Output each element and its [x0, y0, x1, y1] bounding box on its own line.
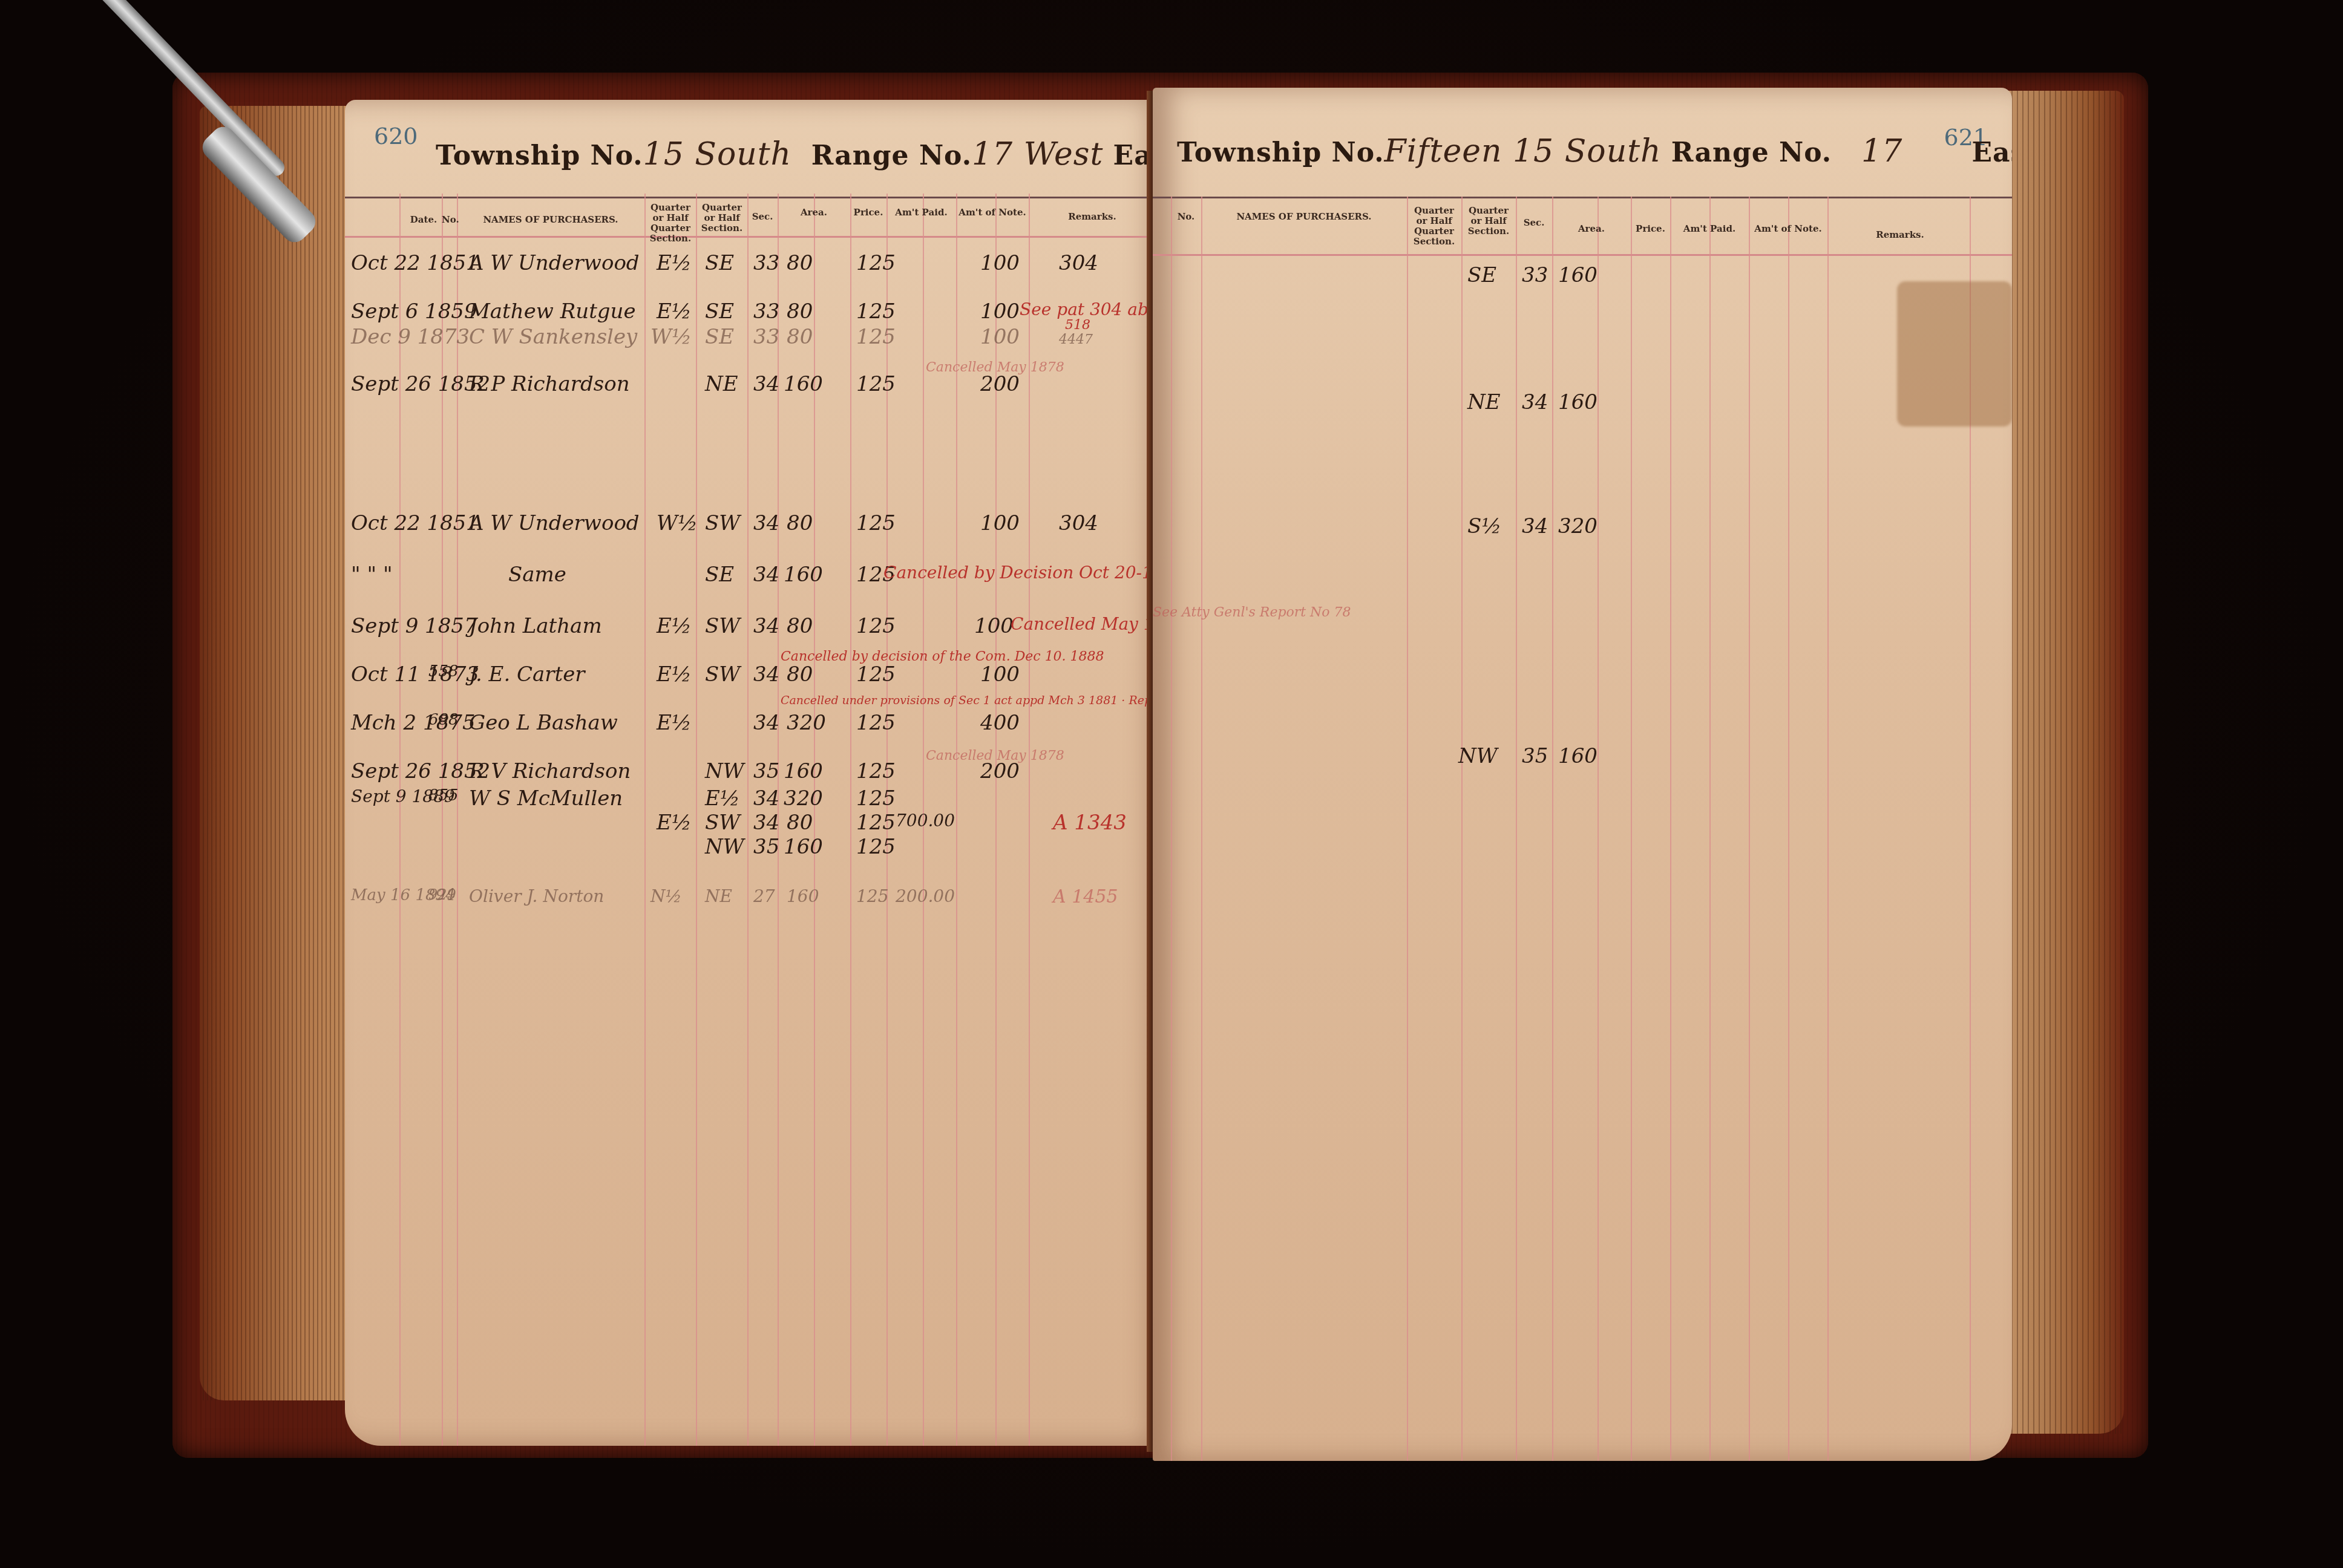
ledger-cell: See pat 304 above — [1020, 299, 1168, 319]
ledger-cell: 688 — [428, 711, 459, 729]
ledger-cell: Cancelled under provisions of Sec 1 act … — [781, 694, 1168, 707]
page-title: Township No.15 South Range No.17 West Ea… — [436, 136, 1168, 172]
ledger-row: Oct 22 1851 A W Underwood E½ SE 33 80 12… — [345, 251, 1168, 287]
ledger-cell: 320 — [1558, 514, 1597, 538]
ledger-cell: 34 — [753, 511, 779, 535]
ledger-cell: 400 — [980, 711, 1020, 735]
page-title: Township No.Fifteen 15 South Range No. 1… — [1177, 133, 2012, 169]
ledger-cell: 34 — [753, 563, 779, 587]
ledger-cell: 125 — [856, 759, 896, 783]
ledger-cell: 33 — [753, 299, 779, 324]
ledger-cell: Cancelled by decision of the Com. Dec 10… — [781, 649, 1104, 664]
ledger-cell: C W Sankensley — [469, 325, 637, 349]
ledger-cell: NE — [705, 372, 738, 396]
ledger-cell: E½ — [657, 251, 692, 275]
ledger-cell: 34 — [753, 711, 779, 735]
ledger-cell: Same — [508, 563, 566, 587]
col-remarks: Remarks. — [1035, 212, 1150, 222]
ledger-cell: 125 — [856, 711, 896, 735]
col-remarks: Remarks. — [1830, 230, 1970, 240]
ledger-cell: 200 — [980, 372, 1020, 396]
column-rule — [1827, 197, 1829, 1461]
range-value: 17 West — [972, 136, 1103, 172]
col-names: NAMES OF PURCHASERS. — [1207, 212, 1401, 222]
ledger-cell: 33 — [753, 325, 779, 349]
ledger-cell: SE — [705, 563, 734, 587]
ledger-cell: John Latham — [469, 614, 602, 638]
ledger-cell: 100 — [980, 251, 1020, 275]
col-amt-note: Am't of Note. — [956, 207, 1029, 218]
township-label: Township No. — [1177, 137, 1384, 168]
ledger-cell: E½ — [657, 614, 692, 638]
ledger-cell: 33 — [753, 251, 779, 275]
ledger-cell: 100 — [980, 662, 1020, 687]
left-page: 620 Township No.15 South Range No.17 Wes… — [345, 100, 1168, 1446]
township-label: Township No. — [436, 140, 643, 171]
ledger-cell: A W Underwood — [469, 251, 640, 275]
ledger-cell: 304 — [1059, 511, 1098, 535]
ledger-cell: SE — [705, 325, 734, 349]
ledger-row: Mch 2 1875 688 Geo L Bashaw E½ 34 320 12… — [345, 711, 1168, 747]
ledger-cell: 34 — [1522, 390, 1548, 414]
range-value: 17 — [1861, 133, 1902, 169]
col-qhq: Quarter or Half Quarter Section. — [646, 203, 695, 244]
ledger-row: Sept 26 1852 R P Richardson NE 34 160 12… — [345, 372, 1168, 408]
ledger-cell: 35 — [753, 759, 779, 783]
column-rule — [1552, 197, 1553, 1461]
ledger-cell: 34 — [753, 372, 779, 396]
ledger-cell: 34 — [753, 786, 779, 811]
col-names: NAMES OF PURCHASERS. — [466, 215, 635, 225]
column-rule — [1749, 197, 1750, 1461]
column-rule — [1597, 197, 1599, 1461]
ledger-cell: 80 — [787, 662, 813, 687]
township-value: Fifteen 15 South — [1384, 133, 1662, 169]
ledger-cell: SE — [1467, 263, 1496, 287]
ledger-cell: 34 — [753, 614, 779, 638]
ledger-cell: 125 — [856, 299, 896, 324]
ledger-cell: 125 — [856, 511, 896, 535]
ledger-cell: 855 — [428, 786, 459, 805]
col-price: Price. — [850, 207, 886, 218]
col-date: Date. — [405, 215, 442, 225]
ledger-cell: 125 — [856, 662, 896, 687]
ledger-row: Dec 9 1873 C W Sankensley W½ SE 33 80 12… — [345, 325, 1168, 361]
east-label: East. — [1972, 137, 2013, 168]
ledger-cell: 125 — [856, 886, 888, 906]
ledger-cell: 125 — [856, 835, 896, 859]
header-bottom-rule — [1153, 254, 2012, 256]
ledger-cell: 34 — [753, 662, 779, 687]
ledger-cell: 4447 — [1059, 332, 1093, 347]
ledger-cell: 518 — [1065, 318, 1090, 333]
ledger-cell: SW — [705, 662, 740, 687]
ledger-cell: 125 — [856, 251, 896, 275]
ledger-cell: Dec 9 1873 — [351, 325, 470, 349]
page-number: 620 — [374, 123, 418, 149]
header-rule — [1153, 197, 2012, 198]
ledger-row: May 16 1894 929 Oliver J. Norton N½ NE 2… — [345, 886, 1168, 923]
ledger-row: SE 33 160 — [1153, 263, 2012, 299]
ledger-cell: 34 — [753, 811, 779, 835]
column-rule — [1670, 197, 1671, 1461]
ledger-cell: SE — [705, 251, 734, 275]
ledger-cell: Oct 11 1873 — [351, 662, 479, 687]
col-no: No. — [442, 215, 457, 225]
header-bottom-rule — [345, 236, 1168, 238]
ledger-cell: 700.00 — [896, 811, 955, 831]
ledger-cell: Oct 22 1851 — [351, 511, 479, 535]
ledger-cell: 80 — [787, 325, 813, 349]
ledger-cell: 80 — [787, 251, 813, 275]
ledger-cell: Mathew Rutgue — [469, 299, 636, 324]
ledger-cell: A 1455 — [1053, 886, 1118, 907]
ledger-cell: E½ — [705, 786, 740, 811]
col-amt-paid: Am't Paid. — [886, 207, 956, 218]
ledger-row: NE 34 160 — [1153, 390, 2012, 426]
col-area: Area. — [1552, 224, 1631, 234]
ledger-cell: A 1343 — [1053, 811, 1127, 835]
ledger-cell: 320 — [787, 711, 826, 735]
ledger-cell: NE — [705, 886, 732, 906]
ledger-row: Oct 11 1873 558 J. E. Carter E½ SW 34 80… — [345, 662, 1168, 699]
ledger-cell: 160 — [784, 759, 823, 783]
ledger-cell: 100 — [974, 614, 1014, 638]
col-area: Area. — [778, 207, 850, 218]
ledger-cell: Oliver J. Norton — [469, 886, 604, 906]
ledger-cell: 125 — [856, 325, 896, 349]
col-price: Price. — [1631, 224, 1670, 234]
ledger-cell: 160 — [1558, 263, 1597, 287]
ledger-cell: NW — [1458, 744, 1498, 768]
ledger-row: Sept 9 1857 John Latham E½ SW 34 80 125 … — [345, 614, 1168, 650]
ledger-cell: 160 — [784, 563, 823, 587]
col-sec: Sec. — [1516, 218, 1552, 228]
col-amt-note: Am't of Note. — [1749, 224, 1827, 234]
column-rule — [1407, 197, 1408, 1461]
ledger-cell: 929 — [428, 886, 456, 903]
ledger-cell: 35 — [753, 835, 779, 859]
ledger-cell: E½ — [657, 299, 692, 324]
ledger-cell: W½ — [650, 325, 692, 349]
col-qhq: Quarter or Half Quarter Section. — [1408, 206, 1460, 247]
col-amt-paid: Am't Paid. — [1670, 224, 1749, 234]
column-rule — [1631, 197, 1632, 1461]
column-rule — [1788, 197, 1789, 1461]
column-rule — [1516, 197, 1517, 1461]
ledger-cell: Cancelled May 1878 — [926, 360, 1064, 375]
ledger-cell: Cancelled May 19-1873 — [1011, 614, 1168, 634]
ledger-cell: 35 — [1522, 744, 1548, 768]
ledger-cell: 200.00 — [896, 886, 955, 906]
ledger-row: S½ 34 320 — [1153, 514, 2012, 550]
range-label: Range No. — [811, 140, 972, 171]
ledger-row: NW 35 160 — [1153, 744, 2012, 780]
ledger-cell: SW — [705, 511, 740, 535]
ledger-cell: 27 — [753, 886, 775, 906]
ledger-cell: Oct 22 1851 — [351, 251, 479, 275]
column-rule — [1171, 197, 1172, 1461]
range-label: Range No. — [1671, 137, 1832, 168]
ledger-cell: 125 — [856, 786, 896, 811]
col-sec: Sec. — [747, 212, 778, 222]
column-rule — [1461, 197, 1463, 1461]
ledger-cell: 160 — [784, 372, 823, 396]
ledger-cell: SW — [705, 811, 740, 835]
ledger-cell: 33 — [1522, 263, 1548, 287]
ledger-cell: J. E. Carter — [469, 662, 585, 687]
ledger-cell: 80 — [787, 811, 813, 835]
ledger-cell: R V Richardson — [469, 759, 631, 783]
ledger-cell: " " " — [351, 563, 393, 587]
ledger-cell: Cancelled May 1878 — [926, 748, 1064, 763]
ledger-cell: 80 — [787, 614, 813, 638]
ledger-cell: 160 — [787, 886, 819, 906]
ledger-cell: NW — [705, 759, 744, 783]
ledger-cell: 160 — [784, 835, 823, 859]
ledger-cell: Sept 6 1859 — [351, 299, 477, 324]
ledger-cell: 100 — [980, 511, 1020, 535]
ledger-cell: E½ — [657, 811, 692, 835]
ledger-row: NW 35 160 125 — [345, 835, 1168, 871]
ledger-cell: N½ — [650, 886, 682, 906]
ledger-cell: Sept 9 1857 — [351, 614, 477, 638]
ledger-cell: 125 — [856, 811, 896, 835]
ledger-cell: E½ — [657, 662, 692, 687]
ledger-cell: 320 — [784, 786, 823, 811]
ledger-cell: SE — [705, 299, 734, 324]
ledger-cell: 160 — [1558, 744, 1597, 768]
col-qh: Quarter or Half Section. — [1463, 206, 1515, 237]
ledger-cell: E½ — [657, 711, 692, 735]
column-rule — [1709, 197, 1711, 1461]
ledger-cell: Cancelled by Decision Oct 20-1873 — [883, 563, 1168, 583]
ledger-cell: 100 — [980, 325, 1020, 349]
header-rule — [345, 197, 1168, 198]
ledger-row: Oct 22 1851 A W Underwood W½ SW 34 80 12… — [345, 511, 1168, 547]
col-qh: Quarter or Half Section. — [697, 203, 747, 234]
ledger-cell: 558 — [428, 662, 459, 681]
margin-note: See Atty Genl's Report No 78 — [1153, 605, 1351, 620]
ledger-cell: 125 — [856, 372, 896, 396]
right-page: 621 Township No.Fifteen 15 South Range N… — [1153, 88, 2012, 1461]
ledger-cell: 304 — [1059, 251, 1098, 275]
ledger-cell: NE — [1467, 390, 1501, 414]
ledger-cell: 80 — [787, 299, 813, 324]
col-no: No. — [1171, 212, 1201, 222]
ledger-cell: SW — [705, 614, 740, 638]
page-edges-left — [200, 106, 351, 1400]
ledger-cell: S½ — [1467, 514, 1501, 538]
ledger-cell: NW — [705, 835, 744, 859]
ledger-row: " " " Same SE 34 160 125 Cancelled by De… — [345, 563, 1168, 599]
ledger-cell: W S McMullen — [469, 786, 623, 811]
ledger-cell: 125 — [856, 614, 896, 638]
township-value: 15 South — [643, 136, 792, 172]
ledger-cell: Geo L Bashaw — [469, 711, 618, 735]
ledger-cell: 160 — [1558, 390, 1597, 414]
ledger-cell: 80 — [787, 511, 813, 535]
ledger-cell: R P Richardson — [469, 372, 630, 396]
ledger-cell: 34 — [1522, 514, 1548, 538]
ledger-cell: W½ — [657, 511, 698, 535]
column-rule — [1201, 197, 1202, 1461]
ledger-cell: 100 — [980, 299, 1020, 324]
ledger-cell: A W Underwood — [469, 511, 640, 535]
